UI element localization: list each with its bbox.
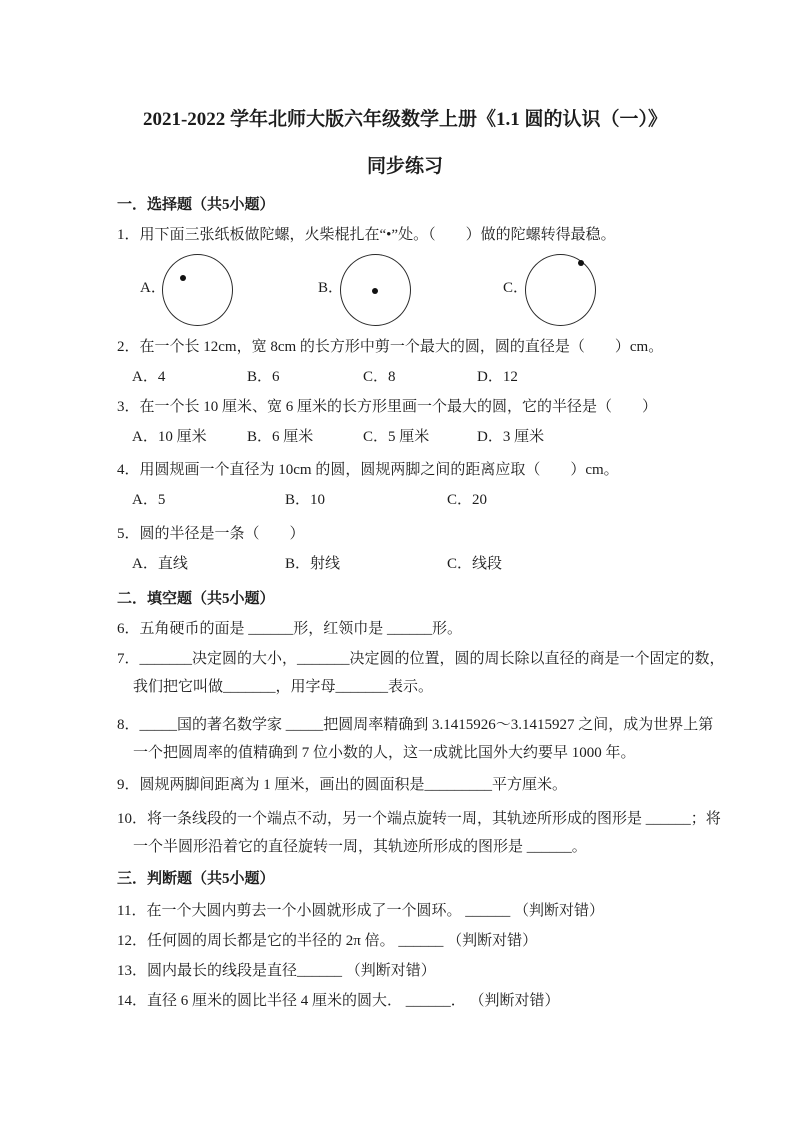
section-header-true-false: 三．判断题（共5小题）: [117, 864, 693, 894]
option-b: B．射线: [285, 549, 447, 579]
question-5-text: 5．圆的半径是一条（ ）: [117, 519, 693, 549]
option-d: D．12: [477, 362, 518, 392]
question-2-options: A．4B．6C．8D．12: [117, 362, 693, 392]
option-c: C．20: [447, 485, 487, 515]
option-d: D．3 厘米: [477, 422, 544, 452]
question-12-text: 12．任何圆的周长都是它的半径的 2π 倍。 ______ （判断对错）: [117, 926, 693, 956]
option-b: B．6: [247, 362, 363, 392]
option-b: B．6 厘米: [247, 422, 363, 452]
option-a: A．4: [132, 362, 247, 392]
option-c: C．5 厘米: [363, 422, 477, 452]
option-a: A．10 厘米: [132, 422, 247, 452]
question-7-text-line-2: 我们把它叫做_______，用字母_______表示。: [117, 672, 693, 702]
circle-b-figure: [340, 254, 411, 326]
question-10-text-line-1: 10．将一条线段的一个端点不动，另一个端点旋转一周，其轨迹所形成的图形是 ___…: [117, 804, 693, 834]
question-8-text-line-2: 一个把圆周率的值精确到 7 位小数的人，这一成就比国外大约要早 1000 年。: [117, 738, 693, 768]
question-2-text: 2．在一个长 12cm，宽 8cm 的长方形中剪一个最大的圆，圆的直径是（ ）c…: [117, 332, 693, 362]
question-3-options: A．10 厘米B．6 厘米C．5 厘米D．3 厘米: [117, 422, 693, 452]
circle-c-figure: [525, 254, 596, 326]
question-1-text: 1．用下面三张纸板做陀螺，火柴棍扎在“•”处。（ ）做的陀螺转得最稳。: [117, 220, 693, 250]
question-3-text: 3．在一个长 10 厘米、宽 6 厘米的长方形里画一个最大的圆，它的半径是（ ）: [117, 392, 693, 422]
question-6-text: 6．五角硬币的面是 ______形，红领巾是 ______形。: [117, 614, 693, 644]
question-8-text-line-1: 8．_____国的著名数学家 _____把圆周率精确到 3.1415926～3.…: [117, 710, 693, 740]
dot-marker-icon: [180, 275, 186, 281]
question-9-text: 9．圆规两脚间距离为 1 厘米，画出的圆面积是_________平方厘米。: [117, 770, 693, 800]
section-header-multiple-choice: 一．选择题（共5小题）: [117, 190, 693, 220]
option-b: B．10: [285, 485, 447, 515]
worksheet-page: 2021-2022 学年北师大版六年级数学上册《1.1 圆的认识（一）》 同步练…: [0, 0, 793, 1122]
question-14-text: 14．直径 6 厘米的圆比半径 4 厘米的圆大． ______． （判断对错）: [117, 986, 693, 1016]
question-4-text: 4．用圆规画一个直径为 10cm 的圆，圆规两脚之间的距离应取（ ）cm。: [117, 455, 693, 485]
question-4-options: A．5B．10C．20: [117, 485, 693, 515]
question-1-figures: A． B． C．: [117, 252, 693, 332]
question-7-text-line-1: 7．_______决定圆的大小，_______决定圆的位置，圆的周长除以直径的商…: [117, 644, 693, 674]
dot-marker-icon: [372, 288, 378, 294]
question-10-text-line-2: 一个半圆形沿着它的直径旋转一周，其轨迹所形成的图形是 ______。: [117, 832, 693, 862]
option-c: C．8: [363, 362, 477, 392]
question-5-options: A．直线B．射线C．线段: [117, 549, 693, 579]
question-11-text: 11．在一个大圆内剪去一个小圆就形成了一个圆环。 ______ （判断对错）: [117, 896, 693, 926]
option-c: C．线段: [447, 549, 502, 579]
circle-a-figure: [162, 254, 233, 326]
question-13-text: 13．圆内最长的线段是直径______ （判断对错）: [117, 956, 693, 986]
page-title-line-1: 2021-2022 学年北师大版六年级数学上册《1.1 圆的认识（一）》: [117, 96, 693, 143]
option-a: A．直线: [132, 549, 285, 579]
section-header-fill-in-blank: 二．填空题（共5小题）: [117, 584, 693, 614]
dot-marker-icon: [578, 260, 584, 266]
page-title-line-2: 同步练习: [117, 143, 693, 190]
option-a: A．5: [132, 485, 285, 515]
